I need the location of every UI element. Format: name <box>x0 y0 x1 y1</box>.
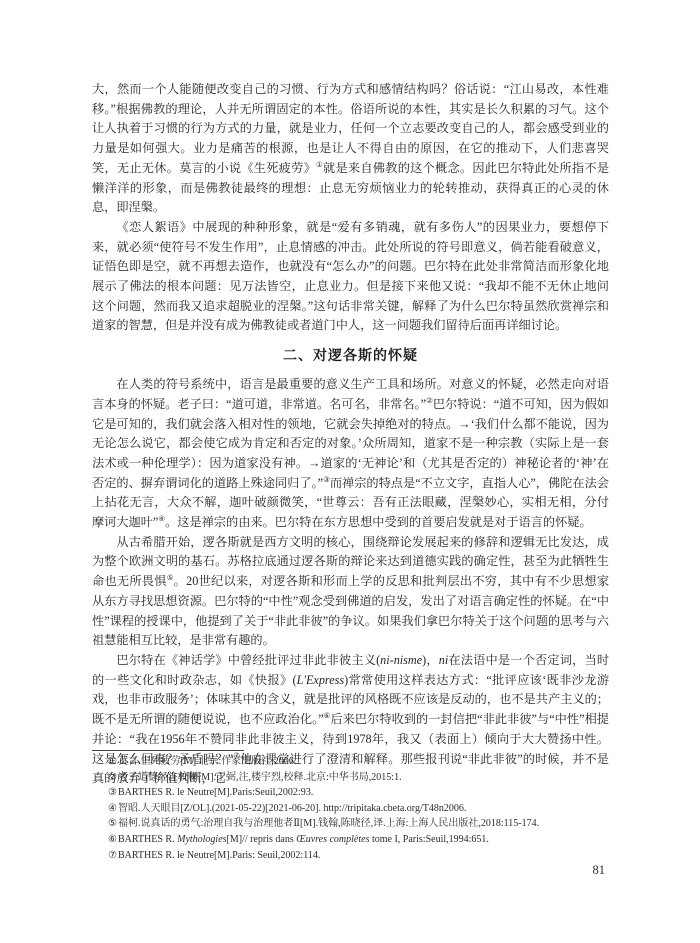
footnote-marker: ① <box>108 756 117 767</box>
body-paragraph: 在人类的符号系统中，语言是最重要的意义生产工具和场所。对意义的怀疑，必然走向对语… <box>92 375 609 533</box>
footnote-marker: ⑤ <box>108 818 117 829</box>
footnotes: ①莫言.生死疲劳[M].北京:作家出版社,2006.②老子道德经注校释[M].王… <box>92 754 609 863</box>
body-paragraph: 从古希腊开始，逻各斯就是西方文明的核心，围绕辩论发展起来的修辞和逻辑无比发达，成… <box>92 533 609 651</box>
footnote-item: ①莫言.生死疲劳[M].北京:作家出版社,2006. <box>92 754 609 770</box>
footnote-marker: ⑥ <box>108 834 117 845</box>
post-heading-paragraphs: 在人类的符号系统中，语言是最重要的意义生产工具和场所。对意义的怀疑，必然走向对语… <box>92 375 609 789</box>
footnote-text: BARTHES R. le Neutre[M].Paris:Seuil,2002… <box>118 787 313 798</box>
footnote-item: ②老子道德经注校释[M].王弼,注,楼宇烈,校释.北京:中华书局,2015:1. <box>92 770 609 786</box>
footnote-text: 莫言.生死疲劳[M].北京:作家出版社,2006. <box>118 756 296 767</box>
footnote-marker: ④ <box>108 803 117 814</box>
footnote-item: ⑦BARTHES R. le Neutre[M].Paris: Seuil,20… <box>92 848 609 864</box>
article-body: 大，然而一个人能随便改变自己的习惯、行为方式和感情结构吗？俗话说：“江山易改，本… <box>92 80 609 789</box>
footnote-item: ⑤福柯.说真话的勇气:治理自我与治理他者Ⅱ[M].钱翰,陈晓径,译.上海:上海人… <box>92 816 609 832</box>
body-paragraph: 《恋人絮语》中展现的种种形象，就是“爱有多销魂，就有多伤人”的因果业力，要想停下… <box>92 218 609 336</box>
footnote-text: 老子道德经注校释[M].王弼,注,楼宇烈,校释.北京:中华书局,2015:1. <box>118 772 402 783</box>
page-number: 81 <box>593 863 606 878</box>
footnote-item: ⑥BARTHES R. Mythologies[M]// repris dans… <box>92 832 609 848</box>
footnote-item: ③BARTHES R. le Neutre[M].Paris:Seuil,200… <box>92 785 609 801</box>
body-paragraph: 大，然而一个人能随便改变自己的习惯、行为方式和感情结构吗？俗话说：“江山易改，本… <box>92 80 609 218</box>
pre-heading-paragraphs: 大，然而一个人能随便改变自己的习惯、行为方式和感情结构吗？俗话说：“江山易改，本… <box>92 80 609 336</box>
footnote-text: 福柯.说真话的勇气:治理自我与治理他者Ⅱ[M].钱翰,陈晓径,译.上海:上海人民… <box>118 818 539 829</box>
footnote-text: 智昭.人天眼目[Z/OL].(2021-05-22)[2021-06-20]. … <box>118 803 466 814</box>
journal-page: 大，然而一个人能随便改变自己的习惯、行为方式和感情结构吗？俗话说：“江山易改，本… <box>0 0 700 943</box>
footnote-text: BARTHES R. Mythologies[M]// repris dans … <box>118 834 489 845</box>
footnote-marker: ② <box>108 772 117 783</box>
footnote-text: BARTHES R. le Neutre[M].Paris: Seuil,200… <box>118 850 320 861</box>
footnote-separator <box>92 750 244 751</box>
footnote-marker: ③ <box>108 787 117 798</box>
section-heading: 二、对逻各斯的怀疑 <box>92 345 609 365</box>
footnote-marker: ⑦ <box>108 850 117 861</box>
footnote-item: ④智昭.人天眼目[Z/OL].(2021-05-22)[2021-06-20].… <box>92 801 609 817</box>
